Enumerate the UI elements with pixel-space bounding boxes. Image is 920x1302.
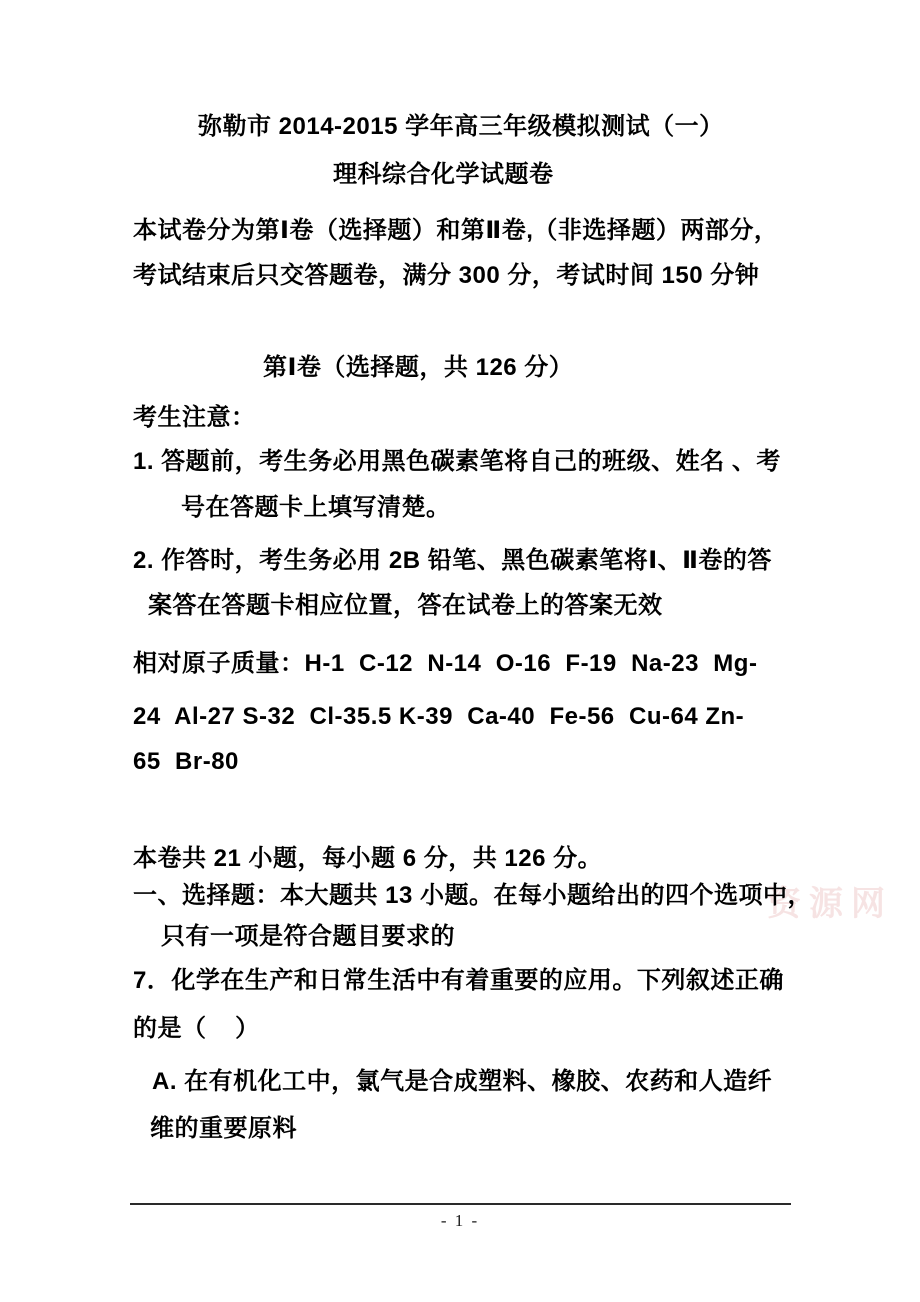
page-number: - 1 - bbox=[0, 1211, 920, 1231]
intro-line-1: 本试卷分为第Ⅰ卷（选择题）和第Ⅱ卷,（非选择题）两部分， bbox=[133, 216, 778, 246]
choice-section-line2: 只有一项是符合题目要求的 bbox=[161, 922, 455, 952]
notice-item1-line1: 1. 答题前，考生务必用黑色碳素笔将自己的班级、姓名 、考 bbox=[133, 447, 781, 477]
question7-optionA-line1: A. 在有机化工中，氯气是合成塑料、橡胶、农药和人造纤 bbox=[152, 1067, 772, 1097]
atomic-mass-line2: 24 Al-27 S-32 Cl-35.5 K-39 Ca-40 Fe-56 C… bbox=[133, 702, 744, 732]
question7-line1: 7．化学在生产和日常生活中有着重要的应用。下列叙述正确 bbox=[133, 966, 784, 996]
atomic-mass-line1: 相对原子质量：H-1 C-12 N-14 O-16 F-19 Na-23 Mg- bbox=[133, 649, 757, 679]
notice-item2-line2: 案答在答题卡相应位置，答在试卷上的答案无效 bbox=[148, 591, 663, 621]
text-layer: 弥勒市 2014-2015 学年高三年级模拟测试（一） 理科综合化学试题卷 本试… bbox=[0, 0, 920, 1302]
footer-divider bbox=[130, 1203, 791, 1205]
question7-optionA-line2: 维的重要原料 bbox=[150, 1114, 297, 1144]
notice-item2-line1: 2. 作答时，考生务必用 2B 铅笔、黑色碳素笔将Ⅰ、Ⅱ卷的答 bbox=[133, 546, 772, 576]
atomic-mass-line3: 65 Br-80 bbox=[133, 747, 239, 777]
question7-line2: 的是（ ） bbox=[133, 1014, 260, 1044]
page-title: 弥勒市 2014-2015 学年高三年级模拟测试（一） bbox=[198, 112, 724, 142]
page-subtitle: 理科综合化学试题卷 bbox=[333, 160, 554, 190]
intro-line-2: 考试结束后只交答题卷，满分 300 分，考试时间 150 分钟 bbox=[133, 261, 759, 291]
notice-item1-line2: 号在答题卡上填写清楚。 bbox=[181, 493, 451, 523]
choice-section-line1: 一、选择题：本大题共 13 小题。在每小题给出的四个选项中， bbox=[133, 881, 812, 911]
section1-heading: 第Ⅰ卷（选择题，共 126 分） bbox=[263, 353, 573, 383]
paper-summary: 本卷共 21 小题，每小题 6 分，共 126 分。 bbox=[133, 844, 602, 874]
notice-heading: 考生注意： bbox=[133, 403, 256, 433]
exam-paper-page: 资源网 弥勒市 2014-2015 学年高三年级模拟测试（一） 理科综合化学试题… bbox=[0, 0, 920, 1302]
